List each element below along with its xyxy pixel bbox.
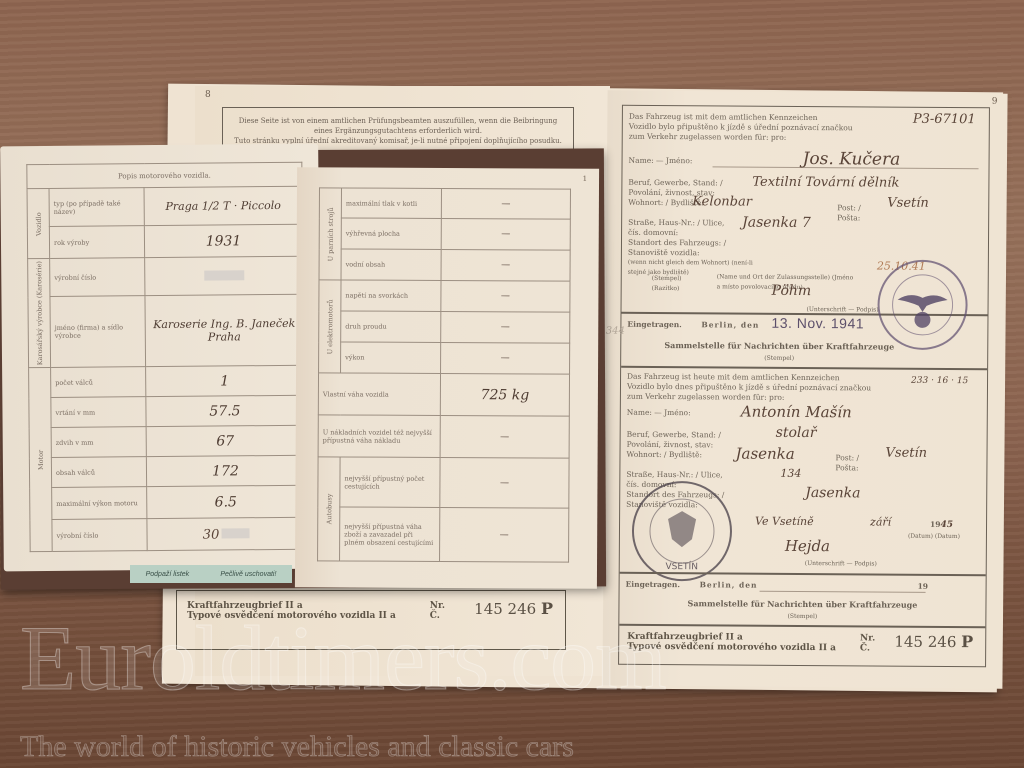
vehicle-description-table: Popis motorového vozidla. Vozidlo typ (p… bbox=[26, 162, 305, 553]
row-label: výhřevná plocha bbox=[341, 218, 441, 250]
technical-specs-table: U parních strojů maximální tlak v kotli … bbox=[317, 187, 571, 562]
row-value: 1931 bbox=[144, 224, 302, 257]
nr-label: Nr. Č. bbox=[860, 633, 875, 653]
row-label: obsah válců bbox=[51, 457, 146, 488]
standort-value: Jasenka bbox=[805, 485, 860, 501]
registered-label: Eingetragen. bbox=[626, 580, 680, 590]
notice-german: Diese Seite ist von einem amtlichen Prüf… bbox=[231, 116, 565, 136]
row-label: zdvih v mm bbox=[51, 427, 146, 458]
vsetin-stamp: VSETÍN bbox=[632, 481, 733, 582]
row-label: maximální tlak v kotli bbox=[341, 188, 441, 219]
group-label: U parních strojů bbox=[319, 188, 341, 280]
row-value: — bbox=[441, 249, 570, 281]
registered-city: Berlin, den bbox=[700, 580, 758, 590]
occupation-value: Textilní Tovární dělník bbox=[752, 175, 899, 191]
cargo-value: — bbox=[440, 415, 569, 458]
residence-value: Jasenka bbox=[735, 445, 794, 463]
registered-date: 13. Nov. 1941 bbox=[771, 315, 864, 332]
stamp-label: (Stempel) (Razítko) bbox=[652, 274, 692, 294]
owner-name: Antonín Mašín bbox=[741, 403, 852, 422]
tab-label: Podpaží listek bbox=[146, 571, 190, 578]
row-value: — bbox=[441, 280, 570, 312]
post-value: Vsetín bbox=[885, 446, 927, 461]
registration-form: Das Fahrzeug ist mit dem amtlichen Kennz… bbox=[618, 105, 990, 668]
office-name: Sammelstelle für Nachrichten über Kraftf… bbox=[619, 598, 985, 611]
coat-of-arms-icon: VSETÍN bbox=[634, 483, 731, 580]
watermark-tagline: The world of historic vehicles and class… bbox=[20, 730, 574, 764]
registered-city: Berlin, den bbox=[701, 320, 759, 330]
plate-number: 233 · 16 · 15 bbox=[911, 376, 968, 386]
plate-number: P3-67101 bbox=[913, 112, 976, 127]
office-stamp-label: (Stempel) bbox=[621, 354, 987, 364]
post-label: Post: / Pošta: bbox=[837, 203, 867, 223]
right-footer-box: Kraftfahrzeugbrief II a Typové osvědčení… bbox=[619, 626, 985, 667]
row-label: výrobní číslo bbox=[50, 258, 145, 297]
occupation-value: stolař bbox=[776, 425, 817, 441]
signature-1: Pöhm bbox=[772, 283, 812, 299]
row-value: 172 bbox=[146, 455, 304, 486]
svg-text:VSETÍN: VSETÍN bbox=[665, 560, 698, 572]
residence-label: Wohnort: / Bydliště: bbox=[626, 450, 702, 461]
table-title: Popis motorového vozidla. bbox=[27, 162, 302, 188]
page-number: 1 bbox=[583, 175, 588, 183]
signature-2: Hejda bbox=[785, 537, 830, 555]
cargo-label: U nákladních vozidel též nejvyšší přípus… bbox=[318, 415, 440, 458]
group-label: Karosářský výrobce (Karosérie) bbox=[28, 258, 51, 367]
residence-value: Kelonbar bbox=[692, 194, 752, 209]
owner-name: Jos. Kučera bbox=[803, 149, 901, 170]
name-label: Name: — Jméno: bbox=[627, 408, 691, 418]
small-booklet-left-page: Popis motorového vozidla. Vozidlo typ (p… bbox=[0, 144, 322, 572]
year-label: 1945 bbox=[930, 520, 953, 530]
row-label: druh proudu bbox=[341, 311, 441, 343]
registered-year: 19 bbox=[918, 582, 929, 592]
date-label: (Datum) (Datum) bbox=[908, 532, 960, 542]
row-value: 30 bbox=[147, 517, 305, 550]
row-value: — bbox=[441, 218, 570, 250]
eagle-stamp bbox=[877, 260, 968, 351]
registered-label: Eingetragen. bbox=[627, 320, 681, 330]
street-label: Straße, Haus-Nr.: / Ulice, čís. domovní: bbox=[628, 218, 728, 239]
post-value: Vsetín bbox=[887, 196, 929, 211]
row-label: maximální výkon motoru bbox=[52, 487, 147, 520]
street-value: 134 bbox=[780, 467, 801, 480]
row-value bbox=[145, 256, 303, 295]
row-value: — bbox=[440, 457, 569, 508]
row-label: výrobní číslo bbox=[52, 519, 147, 552]
signature-label: (Unterschrift — Podpis) bbox=[805, 559, 877, 570]
office-stamp-label: (Stempel) bbox=[619, 612, 985, 622]
street-value: Jasenka 7 bbox=[742, 215, 811, 231]
row-value: — bbox=[441, 311, 570, 343]
row-label: vodní obsah bbox=[341, 249, 441, 281]
page-number: 9 bbox=[992, 97, 998, 107]
name-label: Name: — Jméno: bbox=[629, 156, 693, 166]
intro-end: zum Verkehr zugelassen worden für: pro: bbox=[627, 392, 785, 403]
group-label: Motor bbox=[29, 368, 53, 552]
row-label: napětí na svorkách bbox=[341, 280, 441, 312]
row-value: — bbox=[440, 507, 569, 562]
row-label: počet válců bbox=[51, 367, 146, 398]
month-value: září bbox=[870, 515, 891, 528]
group-label: U elektromotorů bbox=[319, 280, 341, 373]
weight-label: Vlastní váha vozidla bbox=[318, 373, 440, 416]
row-value: Karoserie Ing. B. Janeček Praha bbox=[145, 294, 304, 366]
tab-label: Pečlivě uschovati! bbox=[220, 571, 276, 578]
standort-label: Standort des Fahrzeugs: / Stanoviště voz… bbox=[628, 238, 768, 259]
row-label: rok výroby bbox=[49, 226, 144, 259]
row-label: nejvyšší přípustný počet cestujících bbox=[340, 457, 440, 508]
row-label: typ (po případě také název) bbox=[49, 188, 144, 227]
row-label: nejvyšší přípustná váha zboží a zavazade… bbox=[340, 507, 440, 562]
row-value: 1 bbox=[146, 365, 304, 396]
page-number: 8 bbox=[205, 90, 211, 100]
watermark-logo: Euroldtimers.com bbox=[20, 612, 666, 704]
row-value: 6.5 bbox=[147, 485, 305, 518]
row-label: jméno (firma) a sídlo výrobce bbox=[50, 296, 146, 368]
row-label: výkon bbox=[341, 342, 441, 374]
row-label: vrtání v mm bbox=[51, 397, 146, 428]
row-value: Praga 1/2 T · Piccolo bbox=[144, 186, 302, 225]
eagle-icon bbox=[879, 262, 966, 349]
weight-value: 725 kg bbox=[440, 373, 569, 416]
document-number: 145 246 P bbox=[894, 632, 973, 652]
intro-end: zum Verkehr zugelassen worden für: pro: bbox=[629, 132, 787, 143]
authority-value: Ve Vsetíně bbox=[755, 515, 814, 528]
group-label: Autobusy bbox=[318, 457, 341, 561]
row-value: 57.5 bbox=[146, 395, 304, 426]
small-booklet-right-page: 1 U parních strojů maximální tlak v kotl… bbox=[295, 167, 599, 589]
reminder-tab: Podpaží listek Pečlivě uschovati! bbox=[130, 565, 292, 583]
row-value: — bbox=[441, 188, 570, 219]
post-label: Post: / Pošta: bbox=[835, 453, 865, 473]
group-label: Vozidlo bbox=[27, 188, 50, 258]
row-value: 67 bbox=[146, 425, 304, 456]
row-value: — bbox=[441, 342, 570, 374]
